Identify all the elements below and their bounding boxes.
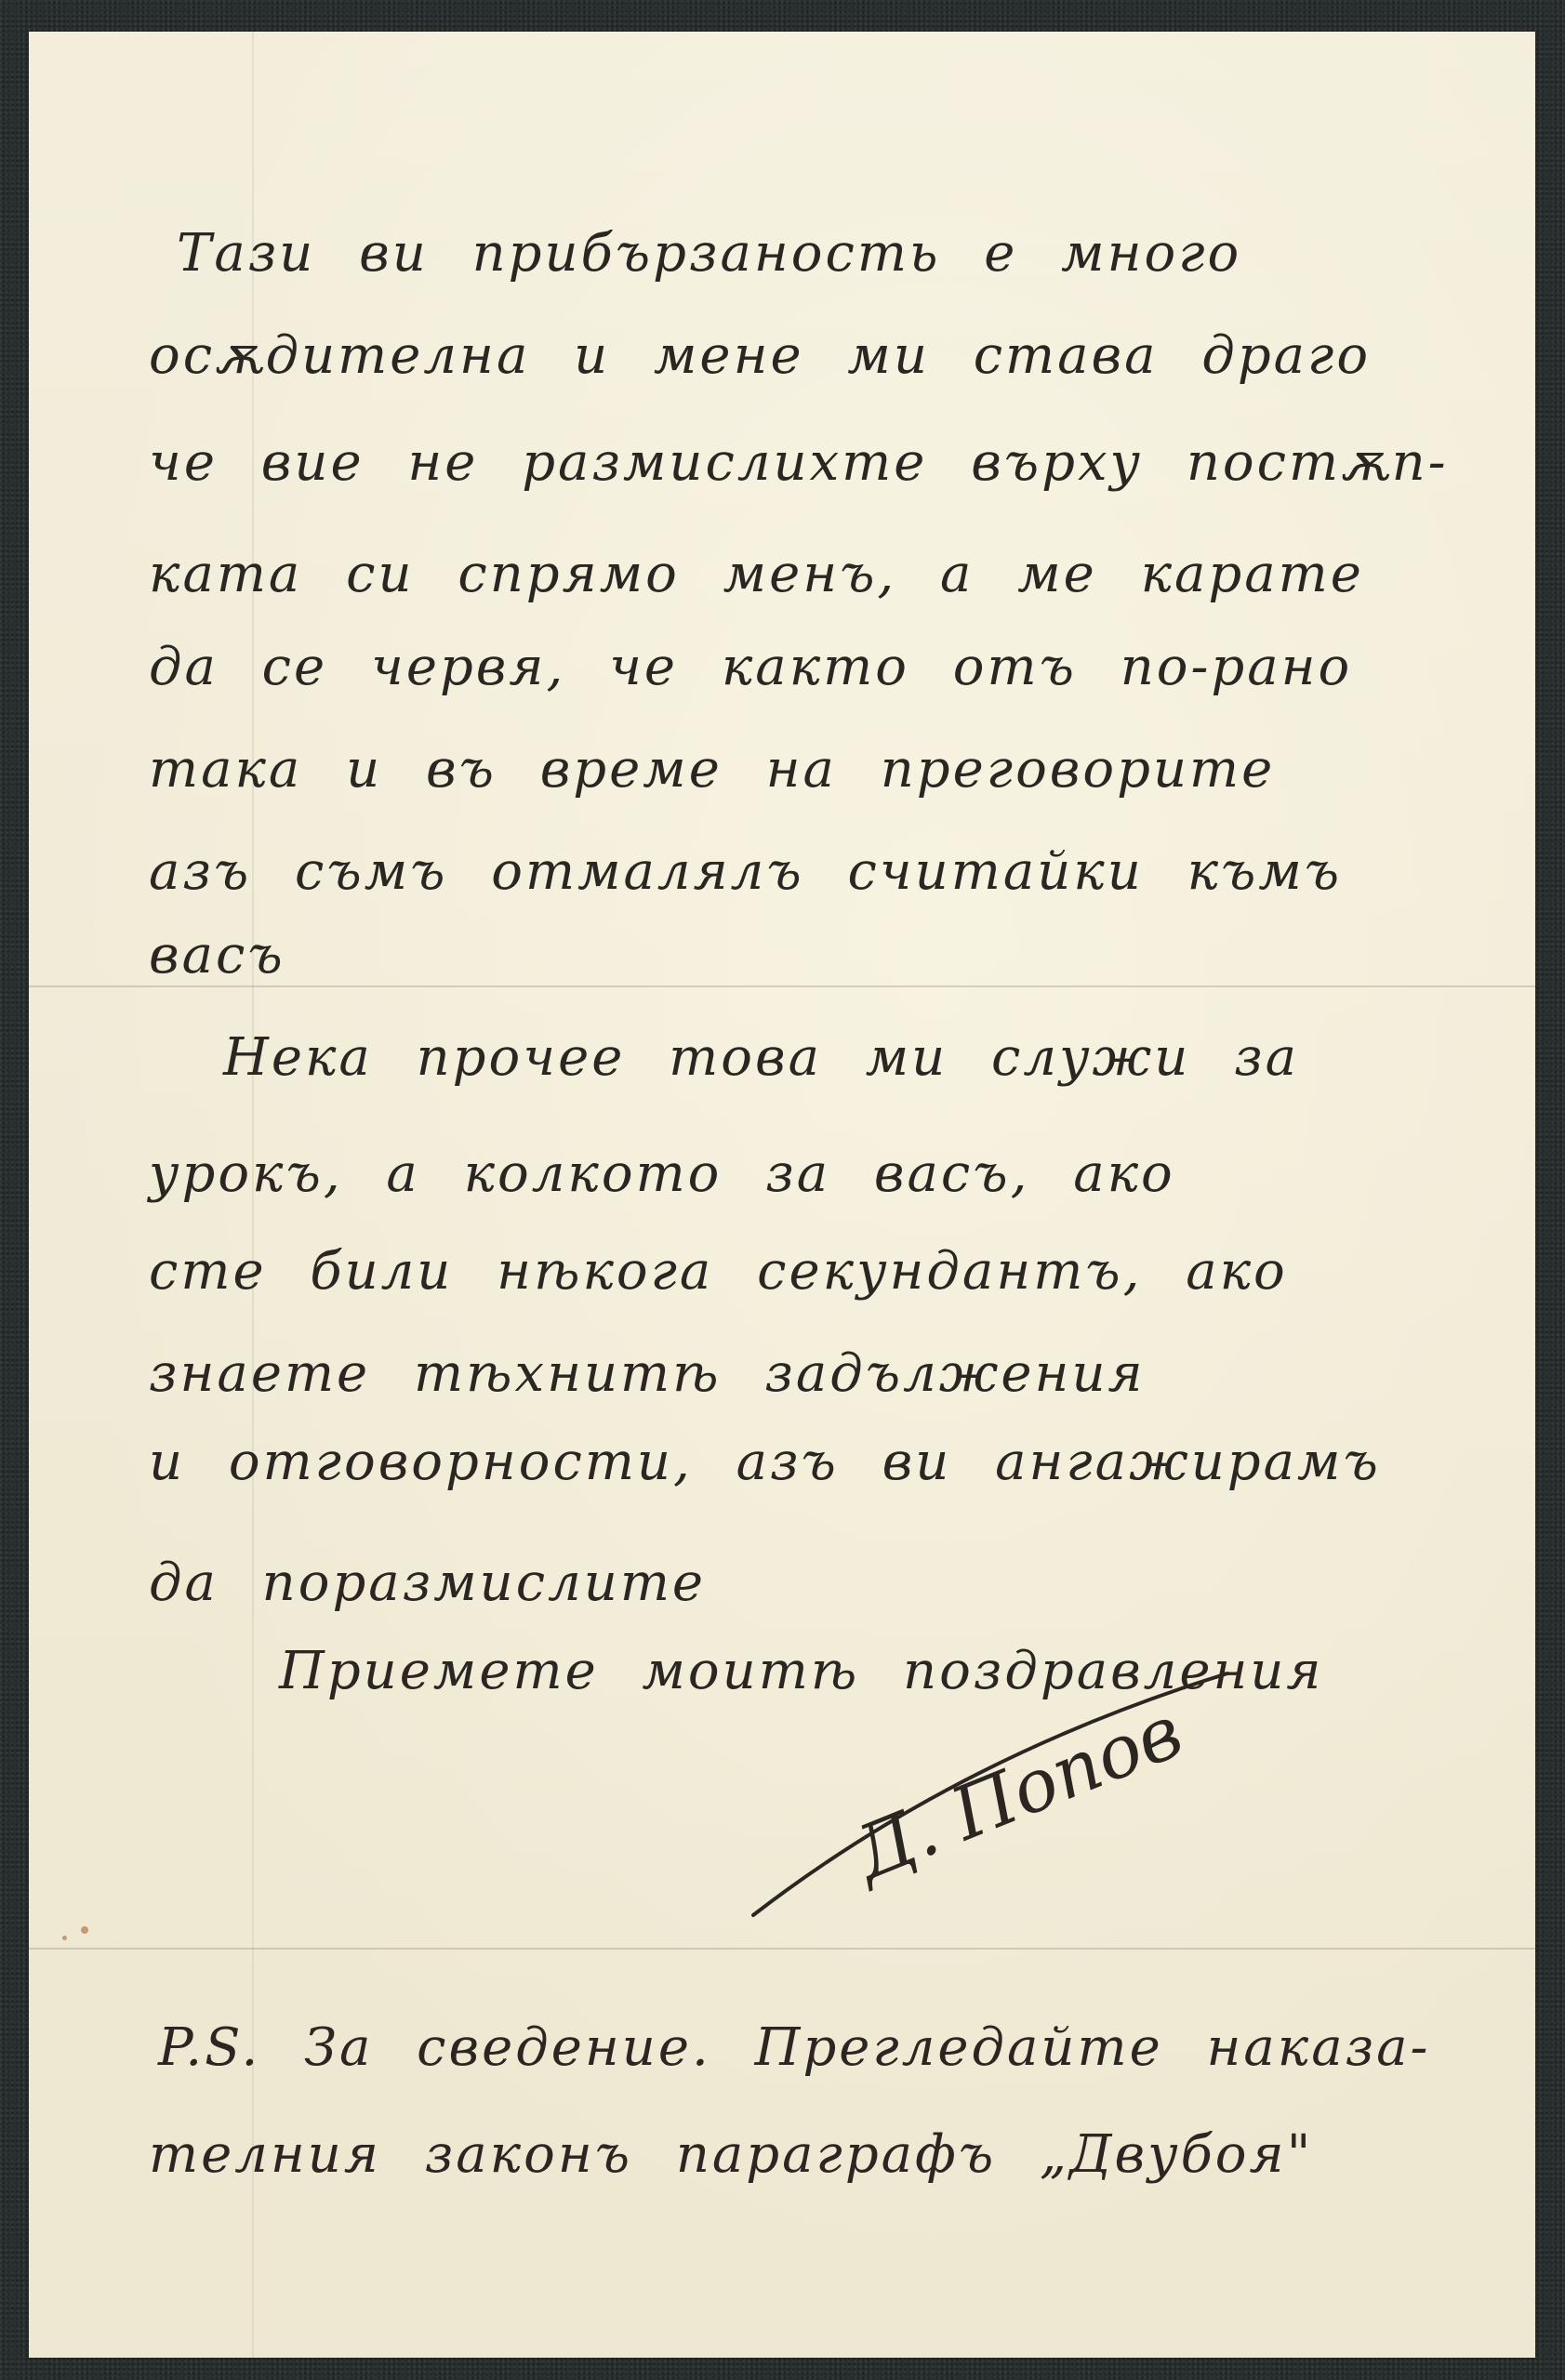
letter-line-5: да се червя, че както отъ по-рано [149, 637, 1352, 697]
fold-line-upper [29, 985, 1535, 987]
ink-stain [81, 1926, 88, 1934]
letter-line-4: ката си спрямо менъ, а ме карате [149, 544, 1364, 604]
fold-line-lower [29, 1948, 1535, 1950]
letter-line-8: васъ [149, 925, 285, 985]
letter-line-10: урокъ, а колкото за васъ, ако [149, 1144, 1175, 1204]
ink-stain [62, 1936, 67, 1940]
letter-line-11: сте били нѣкога секундантъ, ако [149, 1241, 1288, 1302]
letter-line-13: и отговорности, азъ ви ангажирамъ [149, 1432, 1381, 1492]
letter-line-14: да поразмислите [149, 1553, 706, 1613]
letter-line-1: Тази ви прибързаность е много [177, 223, 1241, 284]
postscript-line-2: телния законъ параграфъ „Двубоя" [149, 2124, 1313, 2185]
signature-underline-icon [725, 1646, 1283, 1924]
letter-line-3: че вие не размислихте върху постѫп- [149, 432, 1449, 493]
letter-line-2: осѫдителна и мене ми става драго [149, 325, 1371, 386]
letter-line-12: знаете тѣхнитѣ задължения [149, 1343, 1146, 1404]
letter-line-7: азъ съмъ отмалялъ считайки къмъ [149, 841, 1342, 902]
postscript-line-1: P.S. За сведение. Прегледайте наказа- [158, 2017, 1430, 2078]
letter-line-6: така и въ време на преговорите [149, 739, 1275, 800]
letter-line-9: Нека прочее това ми служи за [223, 1027, 1299, 1088]
